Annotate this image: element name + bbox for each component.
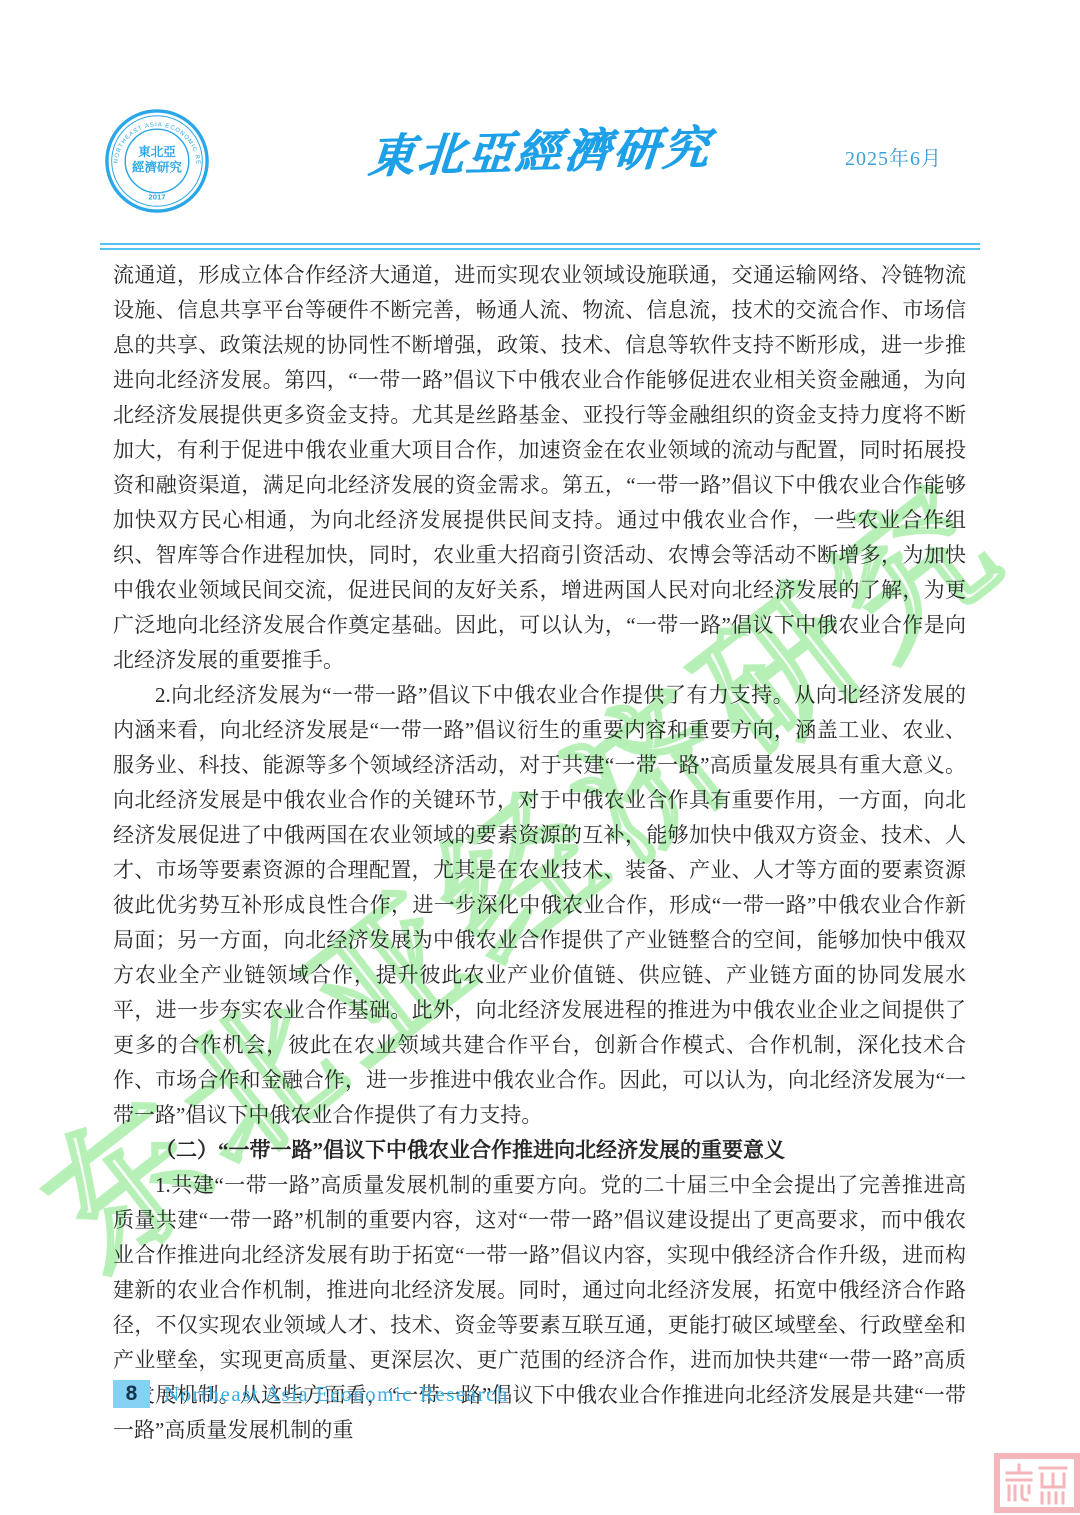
seal-year: 2017 — [148, 193, 165, 202]
section-heading: （二）“一带一路”倡议下中俄农业合作推进向北经济发展的重要意义 — [113, 1133, 966, 1168]
seal-stamp-icon — [994, 1453, 1080, 1513]
journal-page: NORTHEAST ASIA ECONOMIC RESEARCH 2017 東北… — [0, 0, 1080, 1515]
journal-name-english: Northeast Asia Economic Research — [164, 1382, 509, 1407]
page-footer: 8 Northeast Asia Economic Research — [113, 1380, 509, 1408]
seal-center-line1: 東北亞 — [138, 144, 176, 159]
paragraph-continued: 流通道，形成立体合作经济大通道，进而实现农业领域设施联通，交通运输网络、冷链物流… — [113, 258, 966, 678]
journal-seal-logo: NORTHEAST ASIA ECONOMIC RESEARCH 2017 東北… — [104, 108, 210, 214]
seal-logo-icon: NORTHEAST ASIA ECONOMIC RESEARCH 2017 東北… — [104, 108, 210, 214]
journal-title-calligraphy: 東北亞經濟研究 — [366, 111, 714, 186]
issue-date: 2025年6月 — [845, 142, 942, 171]
paragraph-point-2: 2.向北经济发展为“一带一路”倡议下中俄农业合作提供了有力支持。从向北经济发展的… — [113, 678, 966, 1133]
header-divider — [100, 243, 980, 250]
seal-center-line2: 經濟研究 — [132, 160, 183, 175]
article-body: 流通道，形成立体合作经济大通道，进而实现农业领域设施联通，交通运输网络、冷链物流… — [113, 258, 966, 1448]
page-number-badge: 8 — [113, 1380, 150, 1408]
pink-seal-stamp — [994, 1453, 1080, 1515]
